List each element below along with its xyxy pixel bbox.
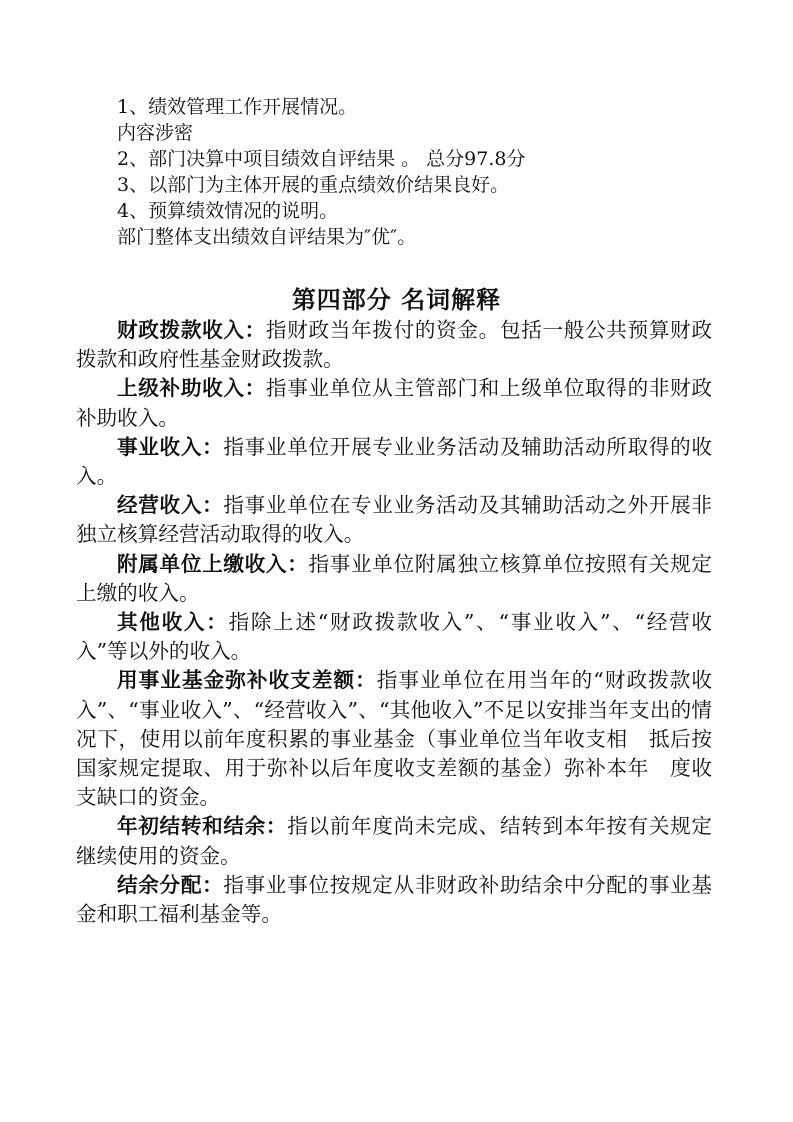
glossary-term: 财政拨款收入： (117, 318, 266, 342)
summary-line-3: 2、部门决算中项目绩效自评结果 。 总分97.8分 (117, 146, 717, 172)
summary-line-1: 1、绩效管理工作开展情况。 (117, 94, 717, 120)
glossary-term: 其他收入： (117, 610, 229, 634)
summary-line-4: 3、以部门为主体开展的重点绩效价结果良好。 (117, 172, 717, 198)
glossary-term: 上级补助收入： (117, 376, 266, 400)
glossary-term: 结余分配： (117, 873, 223, 897)
glossary-entry: 上级补助收入：指事业单位从主管部门和上级单位取得的非财政补助收入。 (76, 374, 712, 432)
glossary-entry: 事业收入：指事业单位开展专业业务活动及辅助活动所取得的收入。 (76, 433, 712, 491)
summary-line-2: 内容涉密 (117, 120, 717, 146)
glossary-entry: 结余分配：指事业事位按规定从非财政补助结余中分配的事业基金和职工福利基金等。 (76, 871, 712, 929)
glossary-entry: 附属单位上缴收入：指事业单位附属独立核算单位按照有关规定上缴的收入。 (76, 550, 712, 608)
glossary-term: 年初结转和结余： (117, 814, 287, 838)
summary-line-5: 4、预算绩效情况的说明。 (117, 198, 717, 224)
glossary-entry: 经营收入：指事业单位在专业业务活动及其辅助活动之外开展非独立核算经营活动取得的收… (76, 491, 712, 549)
glossary-term: 附属单位上缴收入： (117, 552, 308, 576)
glossary-entry: 用事业基金弥补收支差额：指事业单位在用当年的“财政拨款收入”、“事业收入”、“经… (76, 666, 712, 812)
glossary-entry: 年初结转和结余：指以前年度尚未完成、结转到本年按有关规定继续使用的资金。 (76, 812, 712, 870)
glossary-term: 经营收入： (117, 493, 223, 517)
glossary-term: 用事业基金弥补收支差额： (117, 668, 377, 692)
glossary-term: 事业收入： (117, 435, 223, 459)
performance-summary: 1、绩效管理工作开展情况。 内容涉密 2、部门决算中项目绩效自评结果 。 总分9… (117, 94, 717, 250)
glossary-entry: 财政拨款收入：指财政当年拨付的资金。包括一般公共预算财政拨款和政府性基金财政拨款… (76, 316, 712, 374)
summary-line-6: 部门整体支出绩效自评结果为″优″。 (117, 224, 717, 250)
section-heading: 第四部分 名词解释 (0, 284, 793, 316)
glossary-entry: 其他收入：指除上述“财政拨款收入”、“事业收入”、“经营收入”等以外的收入。 (76, 608, 712, 666)
glossary: 财政拨款收入：指财政当年拨付的资金。包括一般公共预算财政拨款和政府性基金财政拨款… (76, 316, 712, 929)
